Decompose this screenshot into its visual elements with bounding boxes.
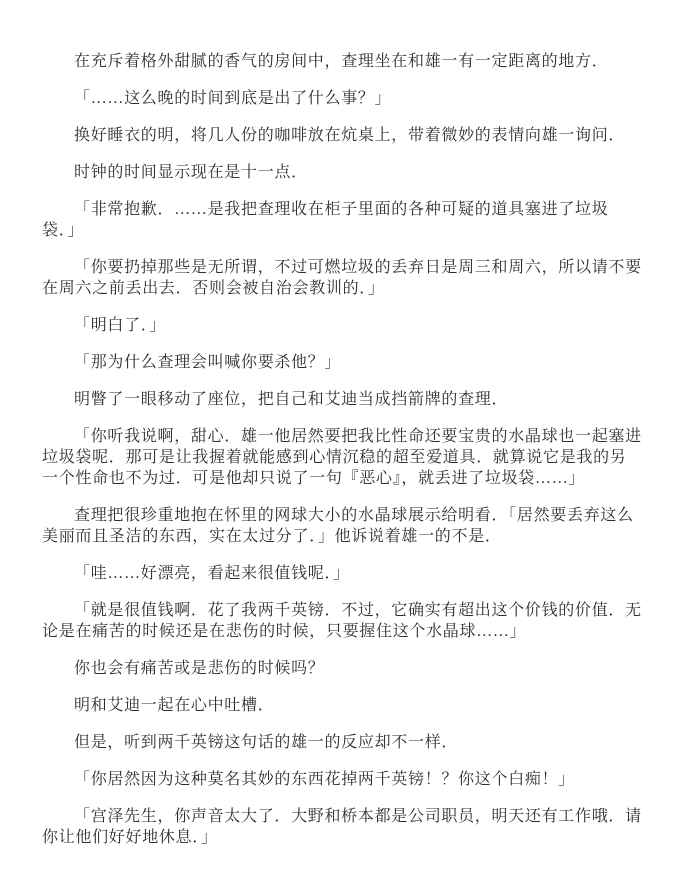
paragraph: 「就是很值钱啊．花了我两千英镑．不过，它确实有超出这个价钱的价值．无论是在痛苦的… bbox=[42, 600, 642, 642]
paragraph: 「哇……好漂亮，看起来很值钱呢．」 bbox=[42, 563, 642, 584]
paragraph: 查理把很珍重地抱在怀里的网球大小的水晶球展示给明看．「居然要丢弃这么美丽而且圣洁… bbox=[42, 505, 642, 547]
paragraph: 你也会有痛苦或是悲伤的时候吗？ bbox=[42, 658, 642, 679]
paragraph: 但是，听到两千英镑这句话的雄一的反应却不一样． bbox=[42, 732, 642, 753]
paragraph: 「你听我说啊，甜心．雄一他居然要把我比性命还要宝贵的水晶球也一起塞进垃圾袋呢．那… bbox=[42, 426, 642, 489]
paragraph: 「你要扔掉那些是无所谓，不过可燃垃圾的丢弃日是周三和周六，所以请不要在周六之前丢… bbox=[42, 257, 642, 299]
document-page: 在充斥着格外甜腻的香气的房间中，查理坐在和雄一有一定距离的地方． 「……这么晚的… bbox=[0, 0, 680, 880]
paragraph: 「非常抱歉．……是我把查理收在柜子里面的各种可疑的道具塞进了垃圾袋．」 bbox=[42, 199, 642, 241]
paragraph: 「你居然因为这种莫名其妙的东西花掉两千英镑！？你这个白痴！」 bbox=[42, 769, 642, 790]
paragraph: 「那为什么查理会叫喊你要杀他？」 bbox=[42, 352, 642, 373]
paragraph: 在充斥着格外甜腻的香气的房间中，查理坐在和雄一有一定距离的地方． bbox=[42, 51, 642, 72]
paragraph: 明和艾迪一起在心中吐槽． bbox=[42, 695, 642, 716]
paragraph: 「宫泽先生，你声音太大了．大野和桥本都是公司职员，明天还有工作哦．请你让他们好好… bbox=[42, 806, 642, 848]
novel-text-body: 在充斥着格外甜腻的香气的房间中，查理坐在和雄一有一定距离的地方． 「……这么晚的… bbox=[42, 51, 642, 848]
paragraph: 换好睡衣的明，将几人份的咖啡放在炕桌上，带着微妙的表情向雄一询问． bbox=[42, 125, 642, 146]
paragraph: 「……这么晚的时间到底是出了什么事？」 bbox=[42, 88, 642, 109]
paragraph: 明瞥了一眼移动了座位，把自己和艾迪当成挡箭牌的查理． bbox=[42, 389, 642, 410]
paragraph: 时钟的时间显示现在是十一点． bbox=[42, 162, 642, 183]
paragraph: 「明白了．」 bbox=[42, 315, 642, 336]
